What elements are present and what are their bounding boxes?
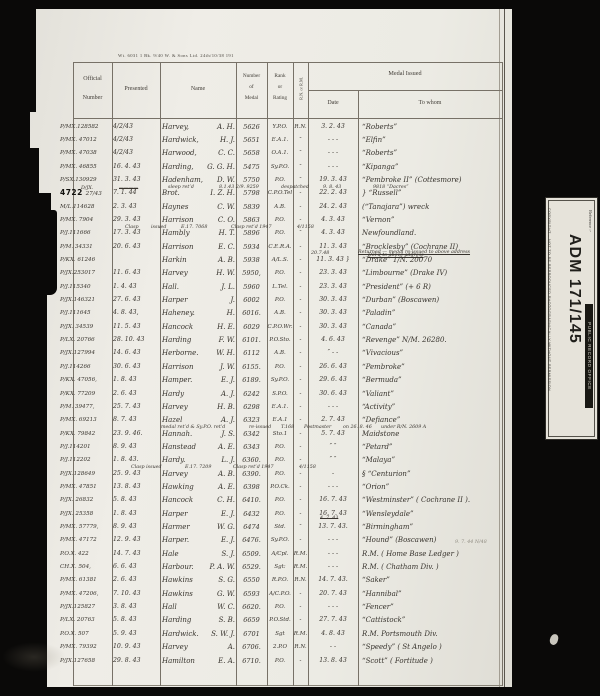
table-row: P/MX. 4685516. 4. 43Harding,G. G. H.5475…	[73, 160, 502, 173]
cell-ini: H. E.	[193, 321, 235, 333]
cell-off: P.O.X. 507	[60, 628, 114, 640]
archive-card-office-stamp: PUBLIC RECORD OFFICE	[585, 304, 593, 408]
cell-off: P/MX. 47206,	[60, 588, 114, 600]
cell-sur: Hall.	[162, 281, 179, 293]
cell-date: -	[309, 468, 357, 480]
table-row: M/L.1146282. 3. 43HaynesC. W.5839A.B.-24…	[73, 200, 502, 213]
cell-corps: -	[293, 494, 308, 506]
cell-pre: 11. 6. 43	[113, 267, 159, 279]
cell-ini: J. W.	[193, 361, 235, 373]
cell-whom: “Activity”	[362, 401, 395, 413]
table-row: P.O.X. 42214. 7. 43HaleS. J.6509.A/Cpl.R…	[73, 547, 502, 560]
cell-sur: Harwood,	[162, 147, 197, 159]
cell-whom: “Revenge” N/M. 26280.	[362, 334, 447, 346]
cell-ini: H. J.	[193, 134, 235, 146]
cell-ini: W. C.	[193, 601, 235, 613]
cell-off: P/MX. 57779,	[60, 521, 114, 533]
cell-date: 13. 8. 43	[309, 655, 357, 667]
cell-whom: “Hound” (Boscawen)	[362, 534, 436, 546]
cell-date: - - -	[309, 134, 357, 146]
cell-rank: Y.P.O.	[266, 121, 294, 133]
cell-pre: 5. 8. 43	[113, 614, 159, 626]
cell-corps: ″	[293, 521, 308, 533]
cell-rank: L.Tel.	[266, 281, 294, 293]
cell-ini: S. W. J.	[193, 628, 235, 640]
cell-med: 5658	[236, 147, 267, 159]
annotation-note: Del’d to above address	[368, 250, 424, 262]
cell-whom: “Wensleydale”	[362, 508, 414, 520]
cell-off: P/J.114266	[60, 361, 114, 373]
cell-corps: ″	[293, 227, 308, 239]
cell-sur: Hall	[162, 601, 177, 613]
printer-imprint: Wt. 6031 1 Bk. 9/40 W. & Sons Ltd. 24th/…	[118, 53, 234, 58]
cell-corps: R.N.	[293, 574, 308, 586]
cell-med: 6390.	[236, 468, 267, 480]
cell-sur: Harding	[162, 614, 191, 626]
cell-off: P/JX.253017	[60, 267, 114, 279]
cell-rank: P.O.	[266, 601, 294, 613]
cell-whom: “Scott” ( Fortitude )	[362, 655, 433, 667]
cell-ini: E. C.	[193, 241, 235, 253]
cell-off: M/L.114628	[60, 201, 114, 213]
cell-pre: 5. 8. 43	[113, 494, 159, 506]
scan-border-bottom	[0, 687, 600, 696]
cell-date: 22. 2. 43	[309, 187, 357, 199]
cell-corps: ″	[293, 161, 308, 173]
archive-reference-card: Reference :- PUBLIC RECORD OFFICE ADM 17…	[545, 197, 598, 440]
cell-med: 6002	[236, 294, 267, 306]
cell-pre: 1. 8. 43	[113, 508, 159, 520]
cell-off: P/MX. 47172	[60, 534, 114, 546]
header-date: Date	[308, 100, 358, 106]
cell-rank: P.O.	[266, 267, 294, 279]
cell-ini: C. W.	[193, 201, 235, 213]
table-row: 4722 27/437. 1. 44Brot.I. Z. H.5798C.P.O…	[73, 187, 502, 200]
cell-off: P/MX. 61381	[60, 574, 114, 586]
cell-sur: Harper	[162, 294, 188, 306]
cell-med: 6242	[236, 388, 267, 400]
cell-corps: ″	[293, 134, 308, 146]
archive-card-copyright: COPYRIGHT – NOT TO BE REPRODUCED PHOTOGR…	[547, 208, 551, 391]
cell-med: 6620.	[236, 601, 267, 613]
cell-med: 6529.	[236, 561, 267, 573]
cell-pre: 6. 6. 43	[113, 561, 159, 573]
cell-ini: S. G.	[193, 574, 235, 586]
cell-rank: P.O.	[266, 441, 294, 453]
cell-whom: “Saker”	[362, 574, 390, 586]
cell-date: - - -	[309, 147, 357, 159]
cell-whom: R.M. Portsmouth Div.	[362, 628, 438, 640]
cell-rank: Sto.1	[266, 428, 294, 440]
cell-ini: A.	[193, 641, 235, 653]
cell-rank: P.O.Sto.	[266, 334, 294, 346]
cell-rank: P.O.	[266, 494, 294, 506]
cell-med: 5839	[236, 201, 267, 213]
cell-sur: Harding,	[162, 161, 194, 173]
cell-med: 5950,	[236, 267, 267, 279]
cell-pre: 28. 10. 43	[113, 334, 159, 346]
cell-ini: C. H.	[193, 494, 235, 506]
cell-off: P/JX.127658	[60, 655, 114, 667]
cell-date: 4. 3. 43	[309, 214, 357, 226]
page-edge-line	[504, 8, 505, 688]
cell-pre: 2. 6. 43	[113, 574, 159, 586]
table-row: P/JX.12864925. 9. 43HarveyA. B.6390.P.O.…	[73, 467, 502, 480]
cell-pre: 5. 9. 43	[113, 628, 159, 640]
cell-med: 6509.	[236, 548, 267, 560]
cell-off: P/JX. 25358	[60, 508, 114, 520]
cell-rank: Sy.P.O.	[266, 534, 294, 546]
table-row: P/JX.1258273. 8. 43HallW. C.6620.P.O.-- …	[73, 601, 502, 614]
cell-pre: 13. 8. 43	[113, 481, 159, 493]
cell-med: 6029	[236, 321, 267, 333]
cell-corps: -	[293, 655, 308, 667]
cell-date: 24. 2. 43	[309, 201, 357, 213]
cell-corps: -	[293, 307, 308, 319]
cell-corps: -	[293, 267, 308, 279]
table-row: P/MX. 692138. 7. 43HazelA. J.6323E.A.1-2…	[73, 414, 502, 427]
cell-sur: Hawkins	[162, 574, 193, 586]
cell-whom: “Valiant”	[362, 388, 394, 400]
cell-date: 30. 6. 43	[309, 388, 357, 400]
cell-med: 5938	[236, 254, 267, 266]
cell-date: - - -	[309, 548, 357, 560]
cell-whom: “Limbourne” (Drake IV)	[362, 267, 447, 279]
header-presented: Presented	[112, 86, 160, 92]
table-row: P/MX. 470384/2/43Harwood,C. C.5658O.A.1.…	[73, 147, 502, 160]
cell-off: P/MX. 47038	[60, 147, 114, 159]
cell-sur: Harvey,	[162, 121, 189, 133]
cell-date: 16. 7. 43	[309, 494, 357, 506]
cell-ini: S. B.	[193, 614, 235, 626]
annotation-note: ————	[119, 183, 138, 195]
cell-corps: -	[293, 294, 308, 306]
cell-med: 6710.	[236, 655, 267, 667]
cell-rank: A.B.	[266, 201, 294, 213]
cell-ini: W. G.	[193, 521, 235, 533]
scanned-medal-register: { "scan": { "imprint": "Wt. 6031 1 Bk. 9…	[0, 0, 600, 696]
cell-sur: Hancock	[162, 321, 193, 333]
table-row: P.O.X. 5075. 9. 43Hardwick.S. W. J.6701S…	[73, 627, 502, 640]
cell-rank: C.P.O.Wr.	[266, 321, 294, 333]
table-row: P/MX.1285824/2/43Harvey,A. H.5626Y.P.O.R…	[73, 120, 502, 133]
cell-corps: -	[293, 614, 308, 626]
scan-smudge	[2, 642, 66, 672]
cell-rank: E.A.1.	[266, 401, 294, 413]
header-rank-line2: or	[267, 84, 293, 90]
table-row: P/MX. 7939210. 9. 43HarveyA.6706.2.P.OR.…	[73, 641, 502, 654]
header-rank-line1: Rank	[267, 73, 293, 79]
table-row: P/J.1122021. 8. 43.Hardy.L. J.6360.P.O.-…	[73, 454, 502, 467]
table-row: P/JX.12799414. 6. 43Herborne.W. H.6112A.…	[73, 347, 502, 360]
table-row: P/M. 3433120. 6. 43HarrisonE. C.5934C.E.…	[73, 240, 502, 253]
cell-pre: 2. 6. 43	[113, 388, 159, 400]
cell-sur: Hamilton	[162, 655, 195, 667]
table-row: P/JX.25301711. 6. 43HarveyH. W.5950,P.O.…	[73, 267, 502, 280]
cell-whom: “Vivacious”	[362, 347, 403, 359]
table-row: P/JX.12765829. 8. 43HamiltonE. A.6710.P.…	[73, 654, 502, 667]
cell-off: P/JX. 34539	[60, 321, 114, 333]
cell-rank: P.O.	[266, 361, 294, 373]
table-row: P/JX. 253581. 8. 43HarperE. J.6432P.O.-1…	[73, 507, 502, 520]
cell-whom: “Petard”	[362, 441, 393, 453]
cell-whom: “Pembroke”	[362, 361, 405, 373]
cell-rank: S.P.O.	[266, 388, 294, 400]
cell-sur: Hamper.	[162, 374, 192, 386]
cell-whom: Newfoundland.	[362, 227, 416, 239]
cell-off: P/KX. 47056,	[60, 374, 114, 386]
header-rank-line3: Rating	[267, 95, 293, 101]
header-to-whom: To whom	[358, 100, 502, 106]
cell-sur: Hardy.	[162, 454, 185, 466]
cell-off: CH.X. 504,	[60, 561, 114, 573]
cell-sur: Hardy	[162, 388, 184, 400]
cell-pre: 25. 7. 43	[113, 401, 159, 413]
cell-off: P/M. 34331	[60, 241, 114, 253]
cell-pre: 25. 9. 43	[113, 468, 159, 480]
cell-date: - - -	[309, 601, 357, 613]
cell-rank: A.B.	[266, 307, 294, 319]
cell-ini: S. J.	[193, 548, 235, 560]
table-row: P/MX. 4717212. 9. 43Harper.E. J.6476.Sy.…	[73, 534, 502, 547]
cell-sur: Hawking	[162, 481, 194, 493]
cell-off: P/J.111666	[60, 227, 114, 239]
cell-rank: P.O.Std.	[266, 614, 294, 626]
cell-date: ″ ″	[309, 441, 357, 453]
cell-date: 23. 3. 43	[309, 267, 357, 279]
cell-date: ″ - -	[309, 347, 357, 359]
table-row: P/JX. 268325. 8. 43HancockC. H.6410.P.O.…	[73, 494, 502, 507]
cell-rank: P.O.	[266, 508, 294, 520]
cell-off: P/LX. 20763	[60, 614, 114, 626]
table-right-border	[502, 62, 503, 686]
cell-ini: E. A.	[193, 655, 235, 667]
cell-date: 20. 7. 43	[309, 588, 357, 600]
cell-pre: 23. 9. 46.	[113, 428, 159, 440]
cell-off: P/JX.128649	[60, 468, 114, 480]
cell-ini: W. H.	[193, 347, 235, 359]
table-row: P/MX. 790429. 3. 43HarrisonC. O.5863P.O.…	[73, 213, 502, 226]
table-row: P/KX. 7984223. 9. 46.Hannah.J. S.6342Sto…	[73, 427, 502, 440]
annotation-note: D/JX.	[81, 183, 93, 195]
cell-corps: -	[293, 428, 308, 440]
cell-pre: 11. 5. 43	[113, 321, 159, 333]
cell-off: P/J.114201	[60, 441, 114, 453]
cell-off: P/MX. 46855	[60, 161, 114, 173]
cell-sur: Harvey	[162, 267, 188, 279]
cell-corps: -	[293, 241, 308, 253]
cell-off: P/J.115340	[60, 281, 114, 293]
table-row: P/KX. 47056,1. 8. 43Hamper.E. J.6189.Sy.…	[73, 374, 502, 387]
cell-sur: Brot.	[162, 187, 180, 199]
scan-border-top	[0, 0, 600, 9]
cell-whom: “Roberts”	[362, 121, 397, 133]
table-row: P/KX. 61246HarkinA. B.5938A/L.S.-11. 3. …	[73, 254, 502, 267]
cell-date: - - -	[309, 401, 357, 413]
cell-med: 5798	[236, 187, 267, 199]
cell-pre: 1. 4. 43	[113, 281, 159, 293]
table-row: P/J.1153401. 4. 43Hall.J. L.5960L.Tel.-2…	[73, 280, 502, 293]
medal-issued-divider	[308, 90, 502, 91]
cell-date: 26. 6. 43	[309, 361, 357, 373]
cell-ini: H. T.	[193, 227, 235, 239]
cell-date: 3. 2. 43	[309, 121, 357, 133]
header-medal-issued: Medal Issued	[308, 70, 502, 77]
cell-ini: J. S.	[193, 428, 235, 440]
header-official-line1: Official	[73, 76, 112, 82]
cell-corps: -	[293, 281, 308, 293]
cell-sur: Harper	[162, 508, 188, 520]
cell-pre: 3. 8. 43	[113, 601, 159, 613]
cell-date: 11. 3. 43 }	[309, 254, 357, 266]
cell-ini: G. G. H.	[193, 161, 235, 173]
scan-border-left-lower	[29, 290, 47, 688]
cell-med: 5934	[236, 241, 267, 253]
cell-sur: Hanstead	[162, 441, 196, 453]
table-row: P/M. 39477,25. 7. 43HarveyH. B.6298E.A.1…	[73, 400, 502, 413]
cell-pre: 10. 9. 43	[113, 641, 159, 653]
cell-whom: “Elfin”	[362, 134, 386, 146]
cell-rank: A/Cpl.	[266, 548, 294, 560]
cell-pre: 8. 9. 43	[113, 441, 159, 453]
cell-ini: E. J.	[193, 534, 235, 546]
cell-med: 6474	[236, 521, 267, 533]
cell-corps: -	[293, 401, 308, 413]
cell-off: P/M. 39477,	[60, 401, 114, 413]
cell-med: 6398	[236, 481, 267, 493]
cell-off: P/J.111645	[60, 307, 114, 319]
table-row: CH.X. 504,6. 6. 43Harbour.P. A. W.6529.S…	[73, 561, 502, 574]
cell-rank: P.O.	[266, 227, 294, 239]
cell-whom: “Cattistock”	[362, 614, 405, 626]
cell-whom: Maidstone	[362, 428, 399, 440]
cell-ini: A. J.	[193, 388, 235, 400]
cell-pre: 4/2/43	[113, 134, 159, 146]
cell-rank: A/C.P.O.	[266, 588, 294, 600]
cell-whom: “Malaya”	[362, 454, 395, 466]
cell-sur: Harvey	[162, 641, 188, 653]
cell-date: 13. 7. 43.	[309, 521, 357, 533]
cell-rank: Sgt:	[266, 561, 294, 573]
table-row: P/J.11426630. 6. 43HarrisonJ. W.6155.P.O…	[73, 360, 502, 373]
cell-med: 6432	[236, 508, 267, 520]
cell-med: 6298	[236, 401, 267, 413]
cell-rank: P.O.	[266, 655, 294, 667]
cell-corps: -	[293, 601, 308, 613]
cell-sur: Hawkins	[162, 588, 193, 600]
cell-pre: 14. 7. 43	[113, 548, 159, 560]
cell-corps: -	[293, 508, 308, 520]
cell-pre: 12. 9. 43	[113, 534, 159, 546]
cell-ini: J. L.	[193, 281, 235, 293]
cell-corps: -	[293, 187, 308, 199]
cell-off: P/MX. 69213	[60, 414, 114, 426]
header-medal-line1: Number	[236, 73, 267, 79]
cell-ini: H. B.	[193, 401, 235, 413]
cell-ini: A. H.	[193, 121, 235, 133]
cell-rank: Sy.P.O.	[266, 374, 294, 386]
cell-date: 30. 3. 43	[309, 307, 357, 319]
cell-rank: P.O.	[266, 294, 294, 306]
cell-whom: “President” (+ 6 R)	[362, 281, 431, 293]
cell-whom: “Orion”	[362, 481, 389, 493]
cell-corps: -	[293, 588, 308, 600]
cell-sur: Harding	[162, 334, 191, 346]
table-bottom-border	[73, 685, 502, 686]
cell-pre: 8. 7. 43	[113, 414, 159, 426]
cell-rank: Sy.P.O.	[266, 161, 294, 173]
cell-corps: -	[293, 201, 308, 213]
header-medal-line2: of	[236, 84, 267, 90]
cell-whom: § “Centurion”	[362, 468, 411, 480]
cell-sur: Harvey	[162, 401, 188, 413]
receipt-stamp: 4722	[60, 188, 83, 197]
cell-whom: “Hannibal”	[362, 588, 402, 600]
cell-whom: “Birmingham”	[362, 521, 413, 533]
cell-date: 27. 7. 43	[309, 614, 357, 626]
cell-corps: -	[293, 374, 308, 386]
cell-pre: 30. 6. 43	[113, 361, 159, 373]
cell-rank: C.P.O.Tel	[266, 187, 294, 199]
cell-med: 6343	[236, 441, 267, 453]
cell-pre: 20. 6. 43	[113, 241, 159, 253]
archive-card-reference-label: Reference :-	[588, 210, 593, 232]
cell-med: 5896	[236, 227, 267, 239]
cell-rank: R.P.O.	[266, 574, 294, 586]
cell-pre: 7. 10. 43	[113, 588, 159, 600]
scan-corner-topleft	[28, 0, 36, 112]
cell-whom: (“Tanajara”) wreck	[362, 201, 429, 213]
cell-corps: -	[293, 361, 308, 373]
cell-med: 6476.	[236, 534, 267, 546]
cell-rank: Sgt	[266, 628, 294, 640]
cell-ini: F. W.	[193, 334, 235, 346]
cell-off: P/KX. 61246	[60, 254, 114, 266]
cell-date: 30. 3. 43	[309, 294, 357, 306]
cell-sur: Hambly	[162, 227, 190, 239]
cell-ini: E. J.	[193, 374, 235, 386]
cell-whom: “Westminster” ( Cochrane II ).	[362, 494, 470, 506]
cell-whom: “Fencer”	[362, 601, 394, 613]
table-row: P/MX. 57779,8. 9. 43HarmerW. G.6474Std.″…	[73, 521, 502, 534]
table-row: P/JX.14632127. 6. 43HarperJ.6002P.O.-30.…	[73, 294, 502, 307]
header-name: Name	[160, 86, 236, 92]
cell-whom: “Canada”	[362, 321, 396, 333]
cell-date: 14. 7. 43.	[309, 574, 357, 586]
cell-pre: 4/2/43	[113, 121, 159, 133]
cell-sur: Harmer	[162, 521, 190, 533]
header-corps: R.N. or R.M.	[299, 67, 304, 111]
cell-ini: I. Z. H.	[193, 187, 235, 199]
header-medal-line3: Medal	[236, 95, 267, 101]
cell-sur: Haheney.	[162, 307, 195, 319]
cell-pre: 29. 8. 43	[113, 655, 159, 667]
table-row: P/MX. 613812. 6. 43HawkinsS. G.6550R.P.O…	[73, 574, 502, 587]
cell-med: 5475	[236, 161, 267, 173]
cell-date: - - -	[309, 534, 357, 546]
cell-date: - - -	[309, 481, 357, 493]
cell-off: P/MX.128582	[60, 121, 114, 133]
cell-date: ″ ″	[309, 454, 357, 466]
cell-sur: Hancock	[162, 494, 193, 506]
cell-corps: -	[293, 388, 308, 400]
table-row: P/J.1116454. 8. 43,Haheney.H.6016.A.B.-3…	[73, 307, 502, 320]
cell-sur: Harbour.	[162, 561, 194, 573]
cell-date: 4. 3. 43	[309, 227, 357, 239]
archive-card-face: Reference :- PUBLIC RECORD OFFICE ADM 17…	[545, 197, 598, 440]
cell-corps: R.M.	[293, 628, 308, 640]
cell-rank: C.E.R.A.	[266, 241, 294, 253]
